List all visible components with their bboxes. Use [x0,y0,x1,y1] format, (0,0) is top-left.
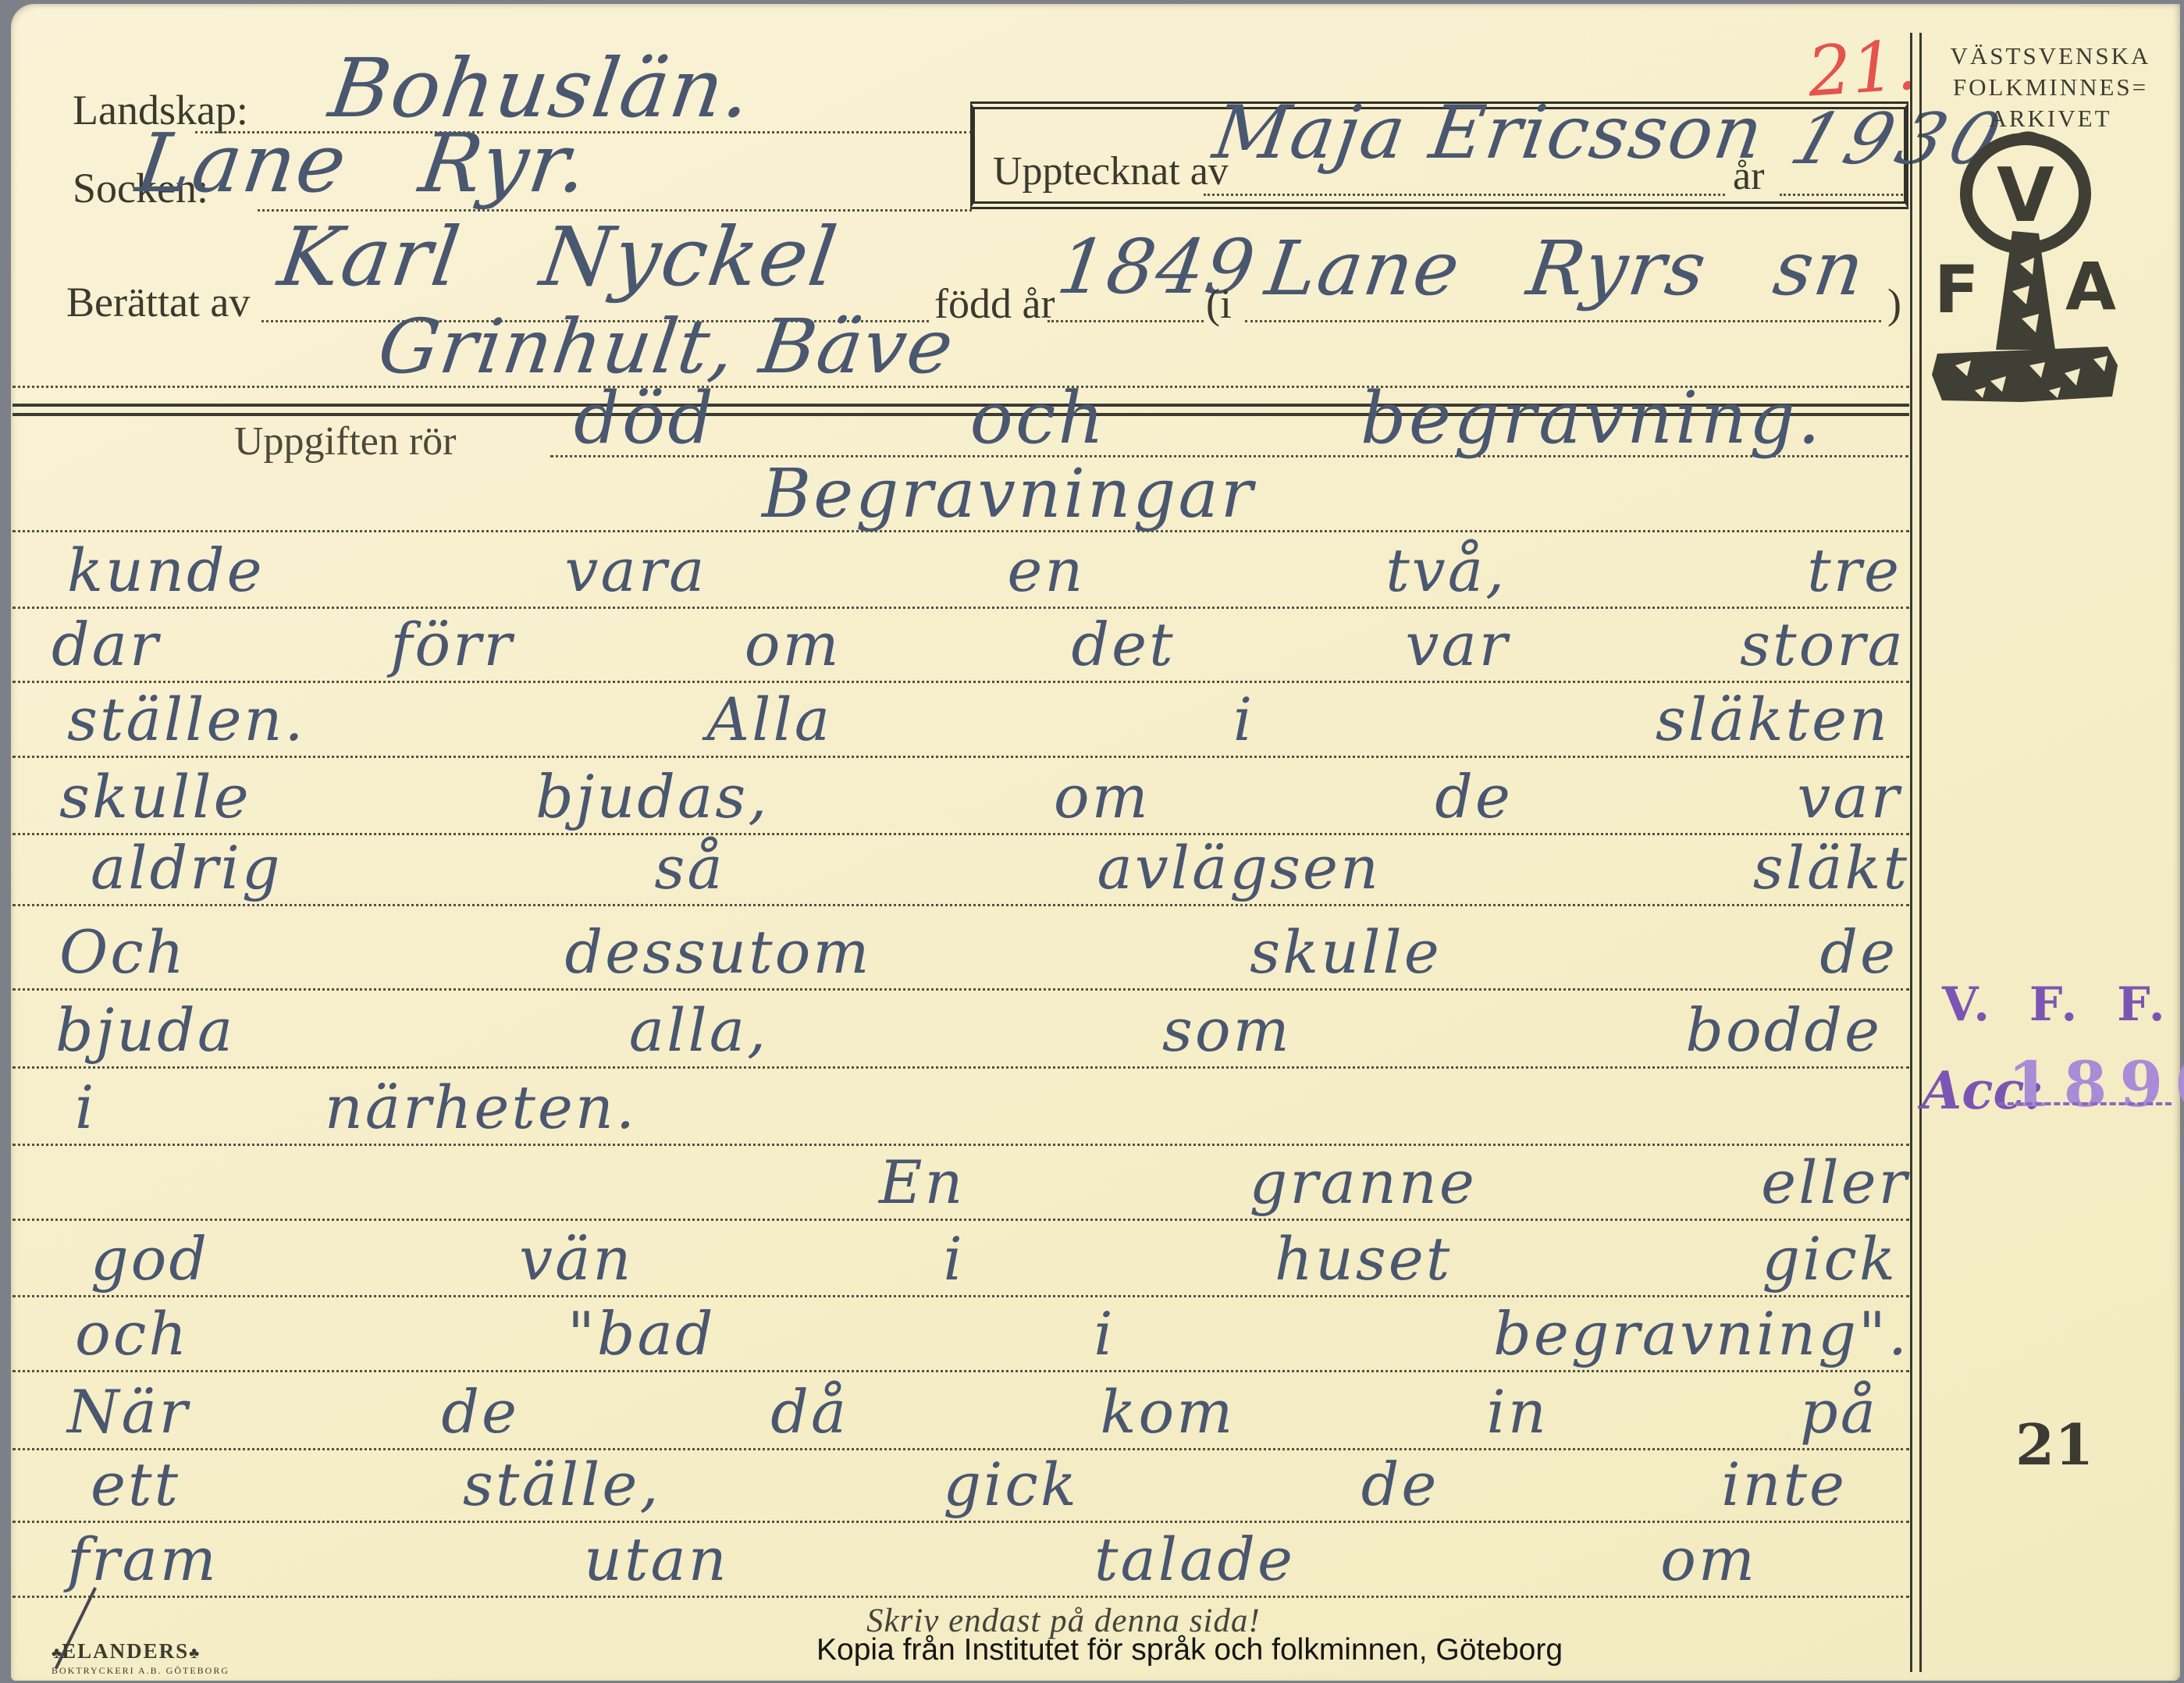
uppgiften-value: död och begravning. [574,376,1823,460]
printer-mark: ♣ELANDERS♣ BOKTRYCKERI A.B. GÖTEBORG [52,1639,229,1677]
body-line: god vän i huset gick [12,1223,1909,1297]
upptecknat-value: Maja Ericsson [1208,91,1770,176]
red-page-number: 21. [1805,24,1920,112]
body-line: ställen. Alla i släkten [12,684,1909,758]
birthplace-dotted-line [1245,320,1881,322]
logo-letter-f: F [1934,251,1979,328]
body-line: Och dessutom skulle de [12,916,1909,991]
body-line: dar förr om det var stora [12,609,1909,683]
body-line: En granne eller [12,1147,1909,1221]
fodd-dotted-line [1048,320,1204,322]
socken-value: Lane Ryr. [131,116,595,211]
margin-rule-inner [1919,33,1922,1672]
printer-ornament-left-icon: ♣ [52,1645,62,1662]
logo-letter-a: A [2065,248,2116,325]
body-line: i närheten. [12,1072,1909,1146]
body-line: kunde vara en två, tre [12,535,1909,609]
body-line: När de då kom in på [12,1376,1909,1450]
berattat-value: Karl Nyckel [273,209,844,304]
birthplace-value: Lane Ryrs sn [1261,225,1870,312]
margin-rule-outer [1910,33,1912,1672]
birthplace-prefix: (i [1206,279,1232,328]
body-line: skulle bjudas, om de var [12,761,1909,835]
printer-ornament-right-icon: ♣ [189,1645,199,1662]
margin-page-number: 21 [2015,1411,2093,1478]
acc-stamp-underline [1998,1102,2172,1105]
body-line: fram utan talade om [12,1524,1909,1598]
archive-name-line2: FOLKMINNES= [1922,72,2179,103]
body-line: Begravningar [12,458,1909,532]
ar-label: år [1733,153,1764,199]
printer-sub: BOKTRYCKERI A.B. GÖTEBORG [52,1665,229,1677]
vff-stamp: V. F. F. [1942,977,2168,1032]
logo-letter-v: V [1997,153,2054,239]
printer-name: ELANDERS [62,1639,189,1663]
archive-name-line3: ARKIVET [1922,103,2179,134]
body-line: aldrig så avlägsen släkt [12,832,1909,906]
copy-notice: Kopia från Institutet för språk och folk… [816,1633,1563,1667]
berattat-label: Berättat av [66,278,250,326]
upptecknat-label: Upptecknat av [993,148,1229,194]
body-line: och "bad i begravning". [12,1298,1909,1372]
archive-name: VÄSTSVENSKA FOLKMINNES= ARKIVET [1922,41,2179,134]
acc-stamp-number: 1890 [2008,1048,2184,1121]
body-line: bjuda alla, som bodde [12,994,1909,1069]
body-line: ett ställe, gick de inte [12,1449,1909,1523]
upptecknat-dotted-line [1204,194,1725,196]
birthplace-suffix: ) [1887,279,1901,328]
ar-dotted-line [1780,194,1903,196]
archive-name-line1: VÄSTSVENSKA [1922,41,2179,72]
